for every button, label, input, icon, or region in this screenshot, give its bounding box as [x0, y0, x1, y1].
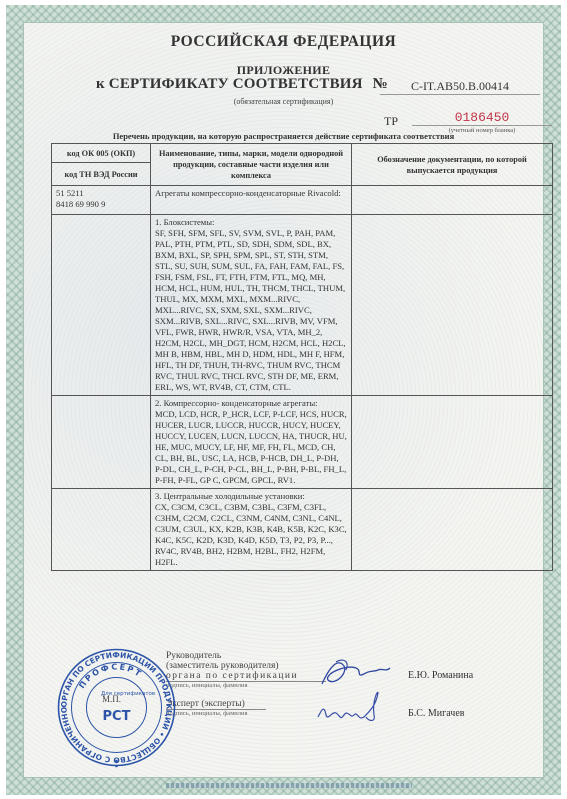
country-title: РОССИЙСКАЯ ФЕДЕРАЦИЯ [24, 33, 543, 51]
head-label-line1: Руководитель [166, 651, 326, 661]
table-row: 3. Центральные холодильные установки: CX… [52, 489, 553, 571]
expert-caption: подпись, инициалы, фамилия [166, 710, 266, 717]
header-product-name: Наименование, типы, марки, модели одноро… [151, 144, 352, 186]
documentation-cell [352, 489, 553, 571]
product-group: 1. Блоксистемы: SF, SFH, SFM, SFL, SV, S… [151, 215, 352, 396]
table-header-row: код ОК 005 (ОКП) Наименование, типы, мар… [52, 144, 553, 163]
expert-name: Б.С. Мигачев [408, 708, 464, 719]
group-title: 3. Центральные холодильные установки: [155, 491, 347, 502]
certification-stamp-icon: ОРГАН ПО СЕРТИФИКАЦИИ ПРОДУКЦИИ • ОБЩЕСТ… [54, 645, 179, 770]
stamp-emblem: РСТ [103, 709, 131, 724]
table-row: 2. Компрессорно- конденсаторные агрегаты… [52, 396, 553, 489]
header-okp-code: код ОК 005 (ОКП) [52, 144, 151, 163]
table-row: 1. Блоксистемы: SF, SFH, SFM, SFL, SV, S… [52, 215, 553, 396]
product-group: 3. Центральные холодильные установки: CX… [151, 489, 352, 571]
security-microtext-strip [166, 783, 412, 788]
okp-code: 51 5211 [56, 188, 146, 199]
head-name: Е.Ю. Романина [408, 670, 473, 681]
head-signature-block: Руководитель (заместитель руководителя) … [166, 651, 326, 689]
header-tnved-code: код ТН ВЭД России [52, 163, 151, 186]
group-title: 2. Компрессорно- конденсаторные агрегаты… [155, 398, 347, 409]
certificate-border: РОССИЙСКАЯ ФЕДЕРАЦИЯ ПРИЛОЖЕНИЕ к СЕРТИФ… [6, 5, 561, 795]
documentation-cell [352, 396, 553, 489]
documentation-cell [352, 215, 553, 396]
head-label-line3: органа по сертификации [166, 671, 326, 682]
group-models: CX, C3CM, C3CL, C3BM, C3BL, C3FM, C3FL, … [155, 502, 347, 567]
mandatory-note: (обязательная сертификация) [24, 97, 543, 106]
group-models: SF, SFH, SFM, SFL, SV, SVM, SVL, P, PAH,… [155, 228, 346, 392]
product-intro: Агрегаты компрессорно-конденсаторные Riv… [151, 186, 352, 215]
group-models: MCD, LCD, HCR, P_HCR, LCF, P-LCF, HCS, H… [155, 409, 347, 485]
documentation-cell [352, 186, 553, 215]
certificate-label: к СЕРТИФИКАТУ СООТВЕТСТВИЯ [96, 76, 363, 92]
header-documentation: Обозначение документации, по которой вып… [352, 144, 553, 186]
empty-code-cell [52, 215, 151, 396]
expert-signature-icon [314, 687, 394, 727]
list-heading: Перечень продукции, на которую распростр… [24, 131, 543, 141]
form-number: 0186450 [412, 110, 552, 126]
head-caption: подпись, инициалы, фамилия [166, 682, 326, 689]
empty-code-cell [52, 489, 151, 571]
empty-code-cell [52, 396, 151, 489]
group-title: 1. Блоксистемы: [155, 217, 347, 228]
product-table: код ОК 005 (ОКП) Наименование, типы, мар… [51, 143, 553, 571]
head-label-line2: (заместитель руководителя) [166, 661, 326, 671]
expert-signature-block: Эксперт (эксперты) подпись, инициалы, фа… [166, 699, 266, 717]
expert-label: Эксперт (эксперты) [166, 699, 266, 710]
product-group: 2. Компрессорно- конденсаторные агрегаты… [151, 396, 352, 489]
tp-label: ТР [384, 114, 398, 129]
certificate-page: РОССИЙСКАЯ ФЕДЕРАЦИЯ ПРИЛОЖЕНИЕ к СЕРТИФ… [23, 22, 544, 778]
certificate-heading: к СЕРТИФИКАТУ СООТВЕТСТВИЯ № [96, 76, 388, 93]
certificate-number: C-IT.AB50.B.00414 [380, 79, 540, 95]
codes-cell: 51 5211 8418 69 990 9 [52, 186, 151, 215]
table-row: 51 5211 8418 69 990 9 Агрегаты компрессо… [52, 186, 553, 215]
tnved-code: 8418 69 990 9 [56, 199, 146, 210]
seal-mark: М.П. [102, 694, 121, 704]
